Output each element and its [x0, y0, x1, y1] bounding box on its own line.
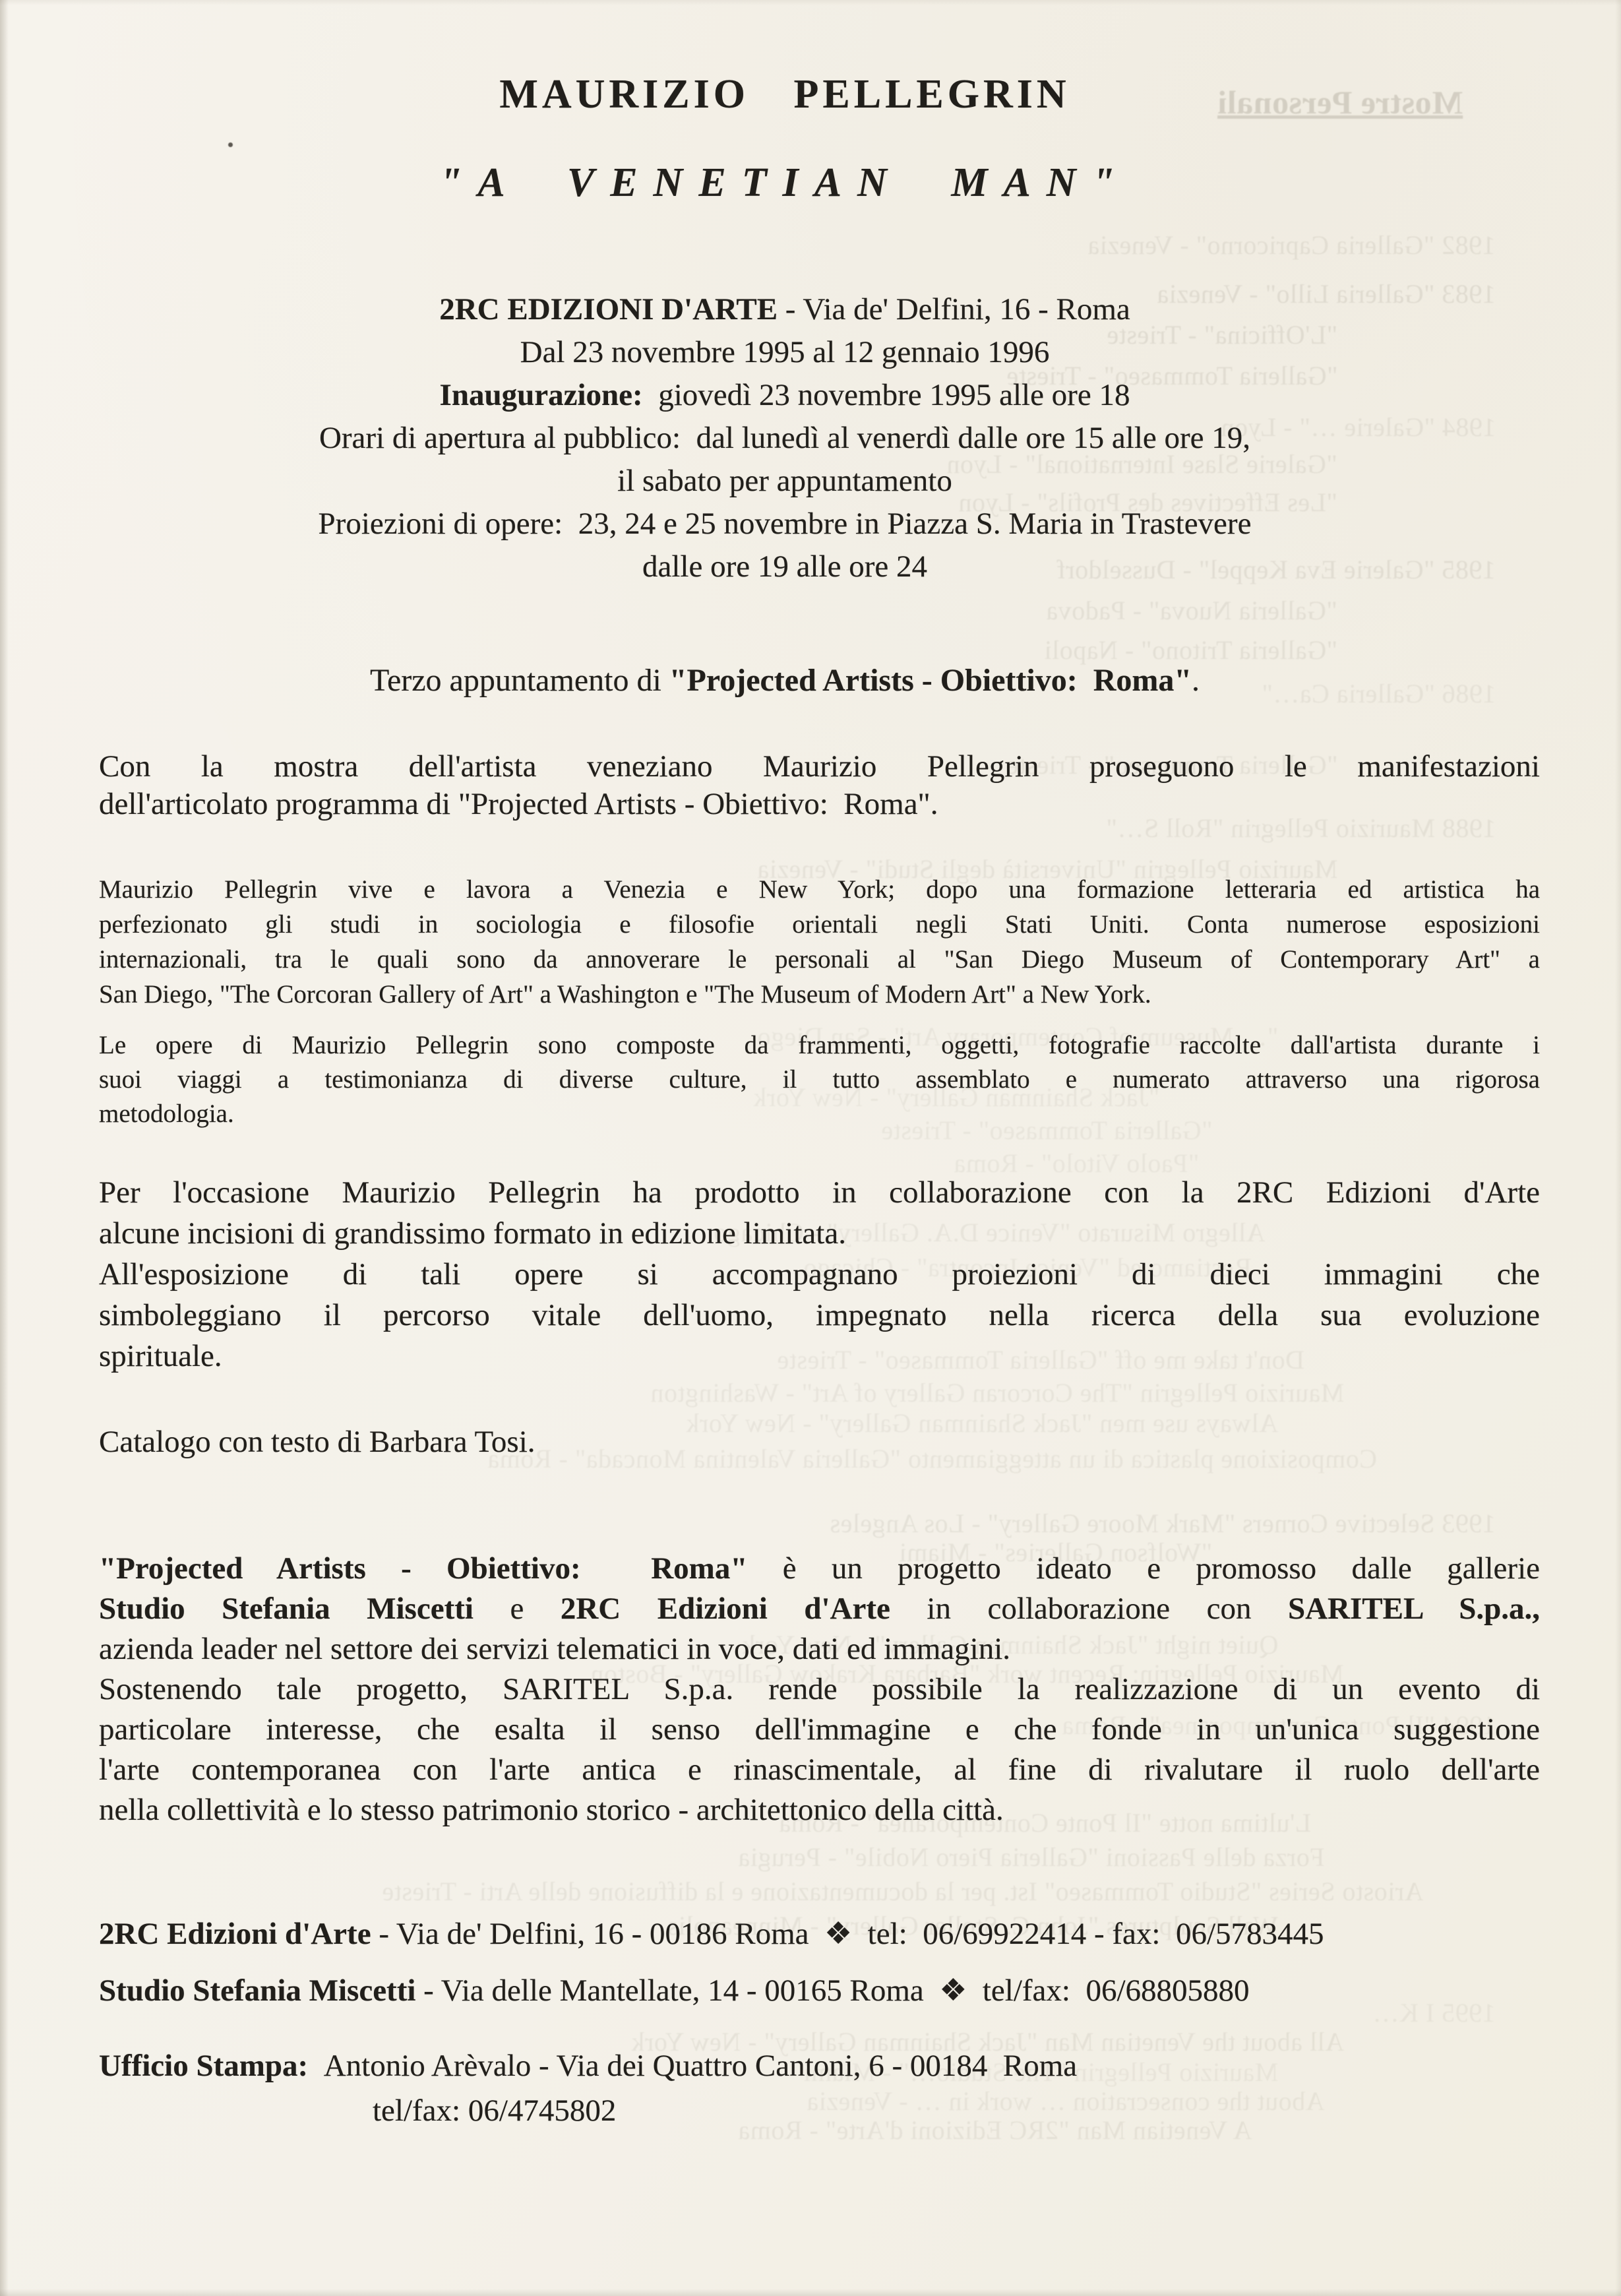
- event-details-text: Dal 23 novembre 1995 al 12 gennaio 1996: [520, 335, 1050, 369]
- paragraph-project-bold-text: Studio Stefania Miscetti: [99, 1592, 474, 1626]
- contact-press-line: Ufficio Stampa: Antonio Arèvalo - Via de…: [99, 2043, 1589, 2088]
- event-details-text: dalle ore 19 alle ore 24: [642, 549, 927, 584]
- paragraph-occasion-text: All'esposizione di tali opere si accompa…: [99, 1257, 1540, 1291]
- paragraph-occasion-text: alcune incisioni di grandissimo formato …: [99, 1216, 846, 1251]
- contact-press-text: Antonio Arèvalo - Via dei Quattro Canton…: [308, 2049, 1077, 2083]
- section-heading-text: .: [1192, 663, 1200, 698]
- paragraph-works: Le opere di Maurizio Pellegrin sono comp…: [99, 1028, 1540, 1131]
- paragraph-occasion: Per l'occasione Maurizio Pellegrin ha pr…: [99, 1172, 1540, 1377]
- catalog-note: Catalogo con testo di Barbara Tosi.: [99, 1422, 1540, 1462]
- paragraph-occasion-line: alcune incisioni di grandissimo formato …: [99, 1213, 1540, 1254]
- contact-press: Ufficio Stampa: Antonio Arèvalo - Via de…: [99, 2043, 1589, 2133]
- contact-2rc-text: - Via de' Delfini, 16 - 00186 Roma ❖ tel…: [371, 1917, 1324, 1951]
- event-details-line: dalle ore 19 alle ore 24: [49, 545, 1520, 588]
- scanned-press-release-page: Mostre Personali1982 "Galleria Capricorn…: [0, 0, 1621, 2296]
- paragraph-project-bold-text: "Projected Artists - Obiettivo: Roma": [99, 1551, 747, 1586]
- paragraph-intro-line: Con la mostra dell'artista veneziano Mau…: [99, 748, 1540, 786]
- section-heading-bold-text: "Projected Artists - Obiettivo: Roma": [669, 663, 1192, 698]
- paragraph-project-text: in collaborazione con: [890, 1592, 1288, 1626]
- paragraph-occasion-text: spirituale.: [99, 1339, 222, 1373]
- event-details-line: Proiezioni di opere: 23, 24 e 25 novembr…: [49, 503, 1520, 545]
- bleedthrough-ghost-text: 1993 Selective Corners "Mark Moore Galle…: [830, 1508, 1496, 1539]
- paragraph-project-text: particolare interesse, che esalta il sen…: [99, 1712, 1540, 1747]
- event-details-text: - Via de' Delfini, 16 - Roma: [778, 292, 1130, 326]
- title-exhibition-text: "A VENETIAN MAN": [439, 160, 1130, 205]
- bleedthrough-ghost-text: Forza delle Passioni "Galleria Piero Nob…: [738, 1842, 1324, 1873]
- paragraph-project-text: Sostenendo tale progetto, SARITEL S.p.a.…: [99, 1672, 1540, 1706]
- paragraph-project-bold-text: 2RC Edizioni d'Arte: [561, 1592, 890, 1626]
- bleedthrough-ghost-text: Maurizio Pellegrin "The Corcoran Gallery…: [650, 1377, 1344, 1408]
- paragraph-project-line: azienda leader nel settore dei servizi t…: [99, 1629, 1540, 1669]
- paragraph-bio-line: Maurizio Pellegrin vive e lavora a Venez…: [99, 872, 1540, 907]
- paragraph-occasion-line: spirituale.: [99, 1336, 1540, 1377]
- paragraph-bio-line: internazionali, tra le quali sono da ann…: [99, 942, 1540, 977]
- event-details-text: Orari di apertura al pubblico: dal luned…: [319, 421, 1250, 455]
- contact-2rc-bold-text: 2RC Edizioni d'Arte: [99, 1917, 371, 1951]
- paragraph-bio-text: Maurizio Pellegrin vive e lavora a Venez…: [99, 875, 1540, 904]
- event-details-line: Orari di apertura al pubblico: dal luned…: [49, 417, 1520, 460]
- paragraph-project-bold-text: SARITEL S.p.a.,: [1288, 1592, 1540, 1626]
- paragraph-project-line: Sostenendo tale progetto, SARITEL S.p.a.…: [99, 1669, 1540, 1710]
- paragraph-intro-text: dell'articolato programma di "Projected …: [99, 787, 938, 821]
- contact-2rc: 2RC Edizioni d'Arte - Via de' Delfini, 1…: [99, 1914, 1589, 1954]
- event-details: 2RC EDIZIONI D'ARTE - Via de' Delfini, 1…: [49, 288, 1520, 588]
- paragraph-project-text: azienda leader nel settore dei servizi t…: [99, 1632, 1010, 1666]
- contact-studio: Studio Stefania Miscetti - Via delle Man…: [99, 1971, 1589, 2010]
- bleedthrough-ghost-text: "Galleria Nuova" - Padova: [1046, 595, 1337, 626]
- paragraph-works-line: suoi viaggi a testimonianza di diverse c…: [99, 1063, 1540, 1097]
- paragraph-intro-line: dell'articolato programma di "Projected …: [99, 786, 1540, 823]
- paragraph-occasion-line: Per l'occasione Maurizio Pellegrin ha pr…: [99, 1172, 1540, 1213]
- paragraph-project-line: Studio Stefania Miscetti e 2RC Edizioni …: [99, 1589, 1540, 1629]
- ink-speck: [228, 142, 233, 147]
- title-exhibition-line: "A VENETIAN MAN": [49, 157, 1520, 208]
- bleedthrough-ghost-text: 1982 "Galleria Capricorno" - Venezia: [1087, 230, 1496, 261]
- title-artist-text: MAURIZIO PELLEGRIN: [499, 72, 1070, 117]
- paragraph-bio-text: San Diego, "The Corcoran Gallery of Art"…: [99, 980, 1151, 1008]
- title-exhibition: "A VENETIAN MAN": [49, 157, 1520, 208]
- paragraph-occasion-text: simboleggiano il percorso vitale dell'uo…: [99, 1298, 1540, 1332]
- event-details-text: Proiezioni di opere: 23, 24 e 25 novembr…: [319, 507, 1252, 541]
- contact-press-line: tel/fax: 06/4745802: [99, 2088, 1589, 2133]
- paragraph-bio-text: perfezionato gli studi in sociologia e f…: [99, 910, 1540, 939]
- paragraph-intro: Con la mostra dell'artista veneziano Mau…: [99, 748, 1540, 823]
- paragraph-project-text: e: [474, 1592, 561, 1626]
- paragraph-works-line: metodologia.: [99, 1097, 1540, 1131]
- section-heading-text: Terzo appuntamento di: [370, 663, 669, 698]
- contact-studio-text: - Via delle Mantellate, 14 - 00165 Roma …: [415, 1973, 1249, 2008]
- paragraph-project-text: l'arte contemporanea con l'arte antica e…: [99, 1753, 1540, 1787]
- event-details-line: il sabato per appuntamento: [49, 460, 1520, 503]
- title-artist: MAURIZIO PELLEGRIN: [49, 70, 1520, 119]
- catalog-note-text: Catalogo con testo di Barbara Tosi.: [99, 1425, 535, 1459]
- paragraph-works-text: suoi viaggi a testimonianza di diverse c…: [99, 1065, 1540, 1094]
- contact-2rc-line: 2RC Edizioni d'Arte - Via de' Delfini, 1…: [99, 1914, 1589, 1954]
- paragraph-project: "Projected Artists - Obiettivo: Roma" è …: [99, 1549, 1540, 1830]
- paragraph-works-text: metodologia.: [99, 1100, 234, 1128]
- paragraph-works-line: Le opere di Maurizio Pellegrin sono comp…: [99, 1028, 1540, 1063]
- section-heading: Terzo appuntamento di "Projected Artists…: [49, 661, 1520, 700]
- paragraph-project-line: "Projected Artists - Obiettivo: Roma" è …: [99, 1549, 1540, 1589]
- paragraph-occasion-line: simboleggiano il percorso vitale dell'uo…: [99, 1295, 1540, 1336]
- contact-press-text: tel/fax: 06/4745802: [373, 2094, 616, 2128]
- paragraph-occasion-text: Per l'occasione Maurizio Pellegrin ha pr…: [99, 1175, 1540, 1210]
- paragraph-project-text: è un progetto ideato e promosso dalle ga…: [747, 1551, 1540, 1586]
- paragraph-project-line: l'arte contemporanea con l'arte antica e…: [99, 1750, 1540, 1790]
- event-details-line: Dal 23 novembre 1995 al 12 gennaio 1996: [49, 331, 1520, 374]
- contact-studio-bold-text: Studio Stefania Miscetti: [99, 1973, 415, 2008]
- contact-studio-line: Studio Stefania Miscetti - Via delle Man…: [99, 1971, 1589, 2010]
- paragraph-occasion-line: All'esposizione di tali opere si accompa…: [99, 1254, 1540, 1295]
- paragraph-bio-line: San Diego, "The Corcoran Gallery of Art"…: [99, 977, 1540, 1012]
- event-details-bold-text: Inaugurazione:: [440, 378, 643, 412]
- contact-press-bold-text: Ufficio Stampa:: [99, 2049, 308, 2083]
- section-heading-line: Terzo appuntamento di "Projected Artists…: [49, 661, 1520, 700]
- event-details-text: il sabato per appuntamento: [617, 464, 952, 498]
- paragraph-bio-text: internazionali, tra le quali sono da ann…: [99, 945, 1540, 974]
- event-details-line: 2RC EDIZIONI D'ARTE - Via de' Delfini, 1…: [49, 288, 1520, 331]
- paragraph-project-line: particolare interesse, che esalta il sen…: [99, 1710, 1540, 1750]
- event-details-line: Inaugurazione: giovedì 23 novembre 1995 …: [49, 374, 1520, 417]
- event-details-bold-text: 2RC EDIZIONI D'ARTE: [439, 292, 778, 326]
- paragraph-project-line: nella collettività e lo stesso patrimoni…: [99, 1790, 1540, 1830]
- paragraph-intro-text: Con la mostra dell'artista veneziano Mau…: [99, 749, 1540, 784]
- paragraph-bio-line: perfezionato gli studi in sociologia e f…: [99, 907, 1540, 942]
- paragraph-works-text: Le opere di Maurizio Pellegrin sono comp…: [99, 1031, 1540, 1059]
- bleedthrough-ghost-text: Ariosto Series "Studio Tommaseo" Ist. pe…: [382, 1876, 1423, 1907]
- event-details-text: giovedì 23 novembre 1995 alle ore 18: [643, 378, 1130, 412]
- catalog-note-line: Catalogo con testo di Barbara Tosi.: [99, 1422, 1540, 1462]
- paragraph-bio: Maurizio Pellegrin vive e lavora a Venez…: [99, 872, 1540, 1012]
- paragraph-project-text: nella collettività e lo stesso patrimoni…: [99, 1793, 1004, 1827]
- title-artist-line: MAURIZIO PELLEGRIN: [49, 70, 1520, 119]
